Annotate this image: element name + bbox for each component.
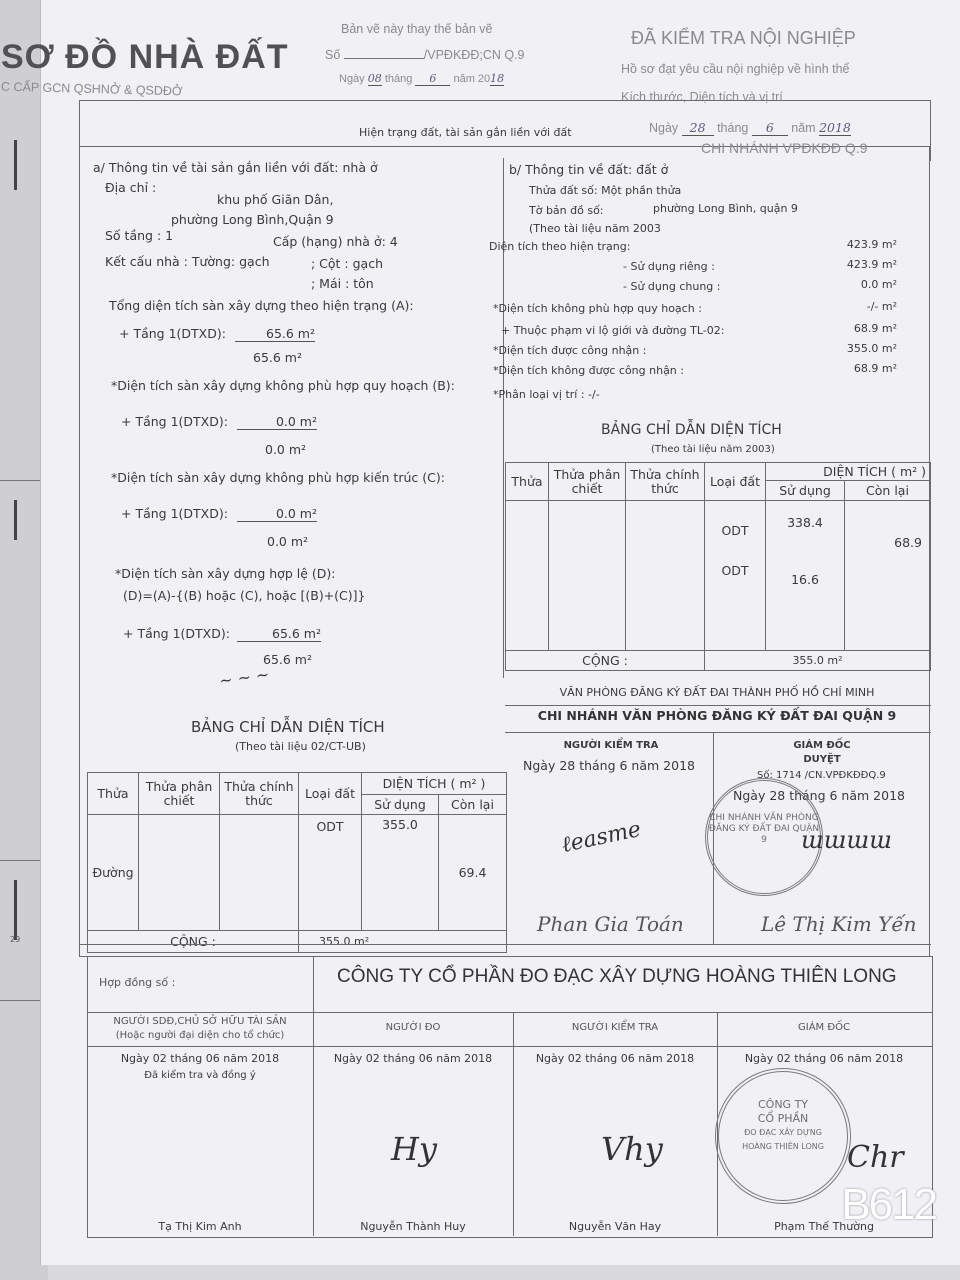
checker-signature: Vhy (601, 1130, 663, 1168)
right-total-value: 355.0 m² (705, 651, 931, 671)
director-name: Lê Thị Kim Yến (761, 912, 917, 936)
page-number: 29 (10, 935, 20, 944)
area-row-label: Diện tích theo hiện trạng: (489, 240, 630, 253)
inspection-stamp-title: ĐÃ KIỂM TRA NỘI NGHIỆP (631, 28, 856, 49)
area-row-value: 0.0 m² (801, 278, 897, 291)
map-marker (14, 880, 17, 940)
left-area-table: Thửa Thửa phân chiết Thửa chính thức Loạ… (87, 772, 507, 953)
total-c-sum: 0.0 m² (267, 534, 308, 549)
area-row-label: *Diện tích được công nhận : (493, 344, 646, 357)
company-stamp: CÔNG TY CỔ PHẦN ĐO ĐẠC XÂY DỰNG HOÀNG TH… (715, 1068, 851, 1204)
area-row-value: 423.9 m² (801, 258, 897, 271)
signer-name: Tạ Thị Kim Anh (87, 1220, 313, 1233)
branch-name: CHI NHÁNH VĂN PHÒNG ĐĂNG KÝ ĐẤT ĐAI QUẬN… (507, 708, 927, 723)
signer-note: Đã kiểm tra và đồng ý (87, 1070, 313, 1081)
inspection-stamp-line1: Hồ sơ đạt yêu cầu nội nghiệp về hình thể (621, 62, 850, 76)
branch-stamp: CHI NHÁNH VPĐKĐĐ Q.9 (701, 140, 867, 156)
area-row-value: -/- m² (801, 300, 897, 313)
table-row: Đường ODT 355.0 69.4 (88, 815, 507, 931)
map-marker (14, 140, 17, 190)
left-total-label: CỘNG : (88, 931, 299, 953)
replacement-date: Ngày 08 tháng 6 năm 2018 (339, 72, 504, 85)
document-title: SƠ ĐỒ NHÀ ĐẤT (1, 38, 289, 77)
office-name: VĂN PHÒNG ĐĂNG KÝ ĐẤT ĐAI THÀNH PHỐ HỒ C… (507, 686, 927, 699)
handwritten-note: ~ ~ ~ (218, 665, 271, 691)
company-director-signature: Chr (847, 1140, 904, 1175)
address-line2: phường Long Bình,Quận 9 (171, 212, 334, 227)
contract-label: Hợp đồng số : (99, 976, 175, 989)
director-title: GIÁM ĐỐC (717, 740, 927, 751)
area-row-label: + Thuộc phạm vi lộ giới và đường TL-02: (501, 324, 724, 337)
so-suffix: /VPĐKĐĐ;CN Q.9 (424, 48, 525, 62)
status-date: Ngày 28 tháng 6 năm 2018 (649, 120, 851, 135)
signer-role: GIÁM ĐỐC (717, 1022, 931, 1033)
watermark: B612 (841, 1180, 936, 1230)
area-row-label: - Sử dụng chung : (623, 280, 720, 293)
signer-date: Ngày 02 tháng 06 năm 2018 (313, 1052, 513, 1065)
map-marker (14, 500, 17, 540)
right-table-title: BẢNG CHỈ DẪN DIỆN TÍCH (601, 422, 782, 438)
total-c-value: 0.0 m² (237, 506, 317, 522)
right-table-source: (Theo tài liệu năm 2003) (651, 444, 775, 455)
signer-name: Nguyễn Thành Huy (313, 1220, 513, 1233)
inspector-title: NGƯỜI KIỂM TRA (511, 740, 711, 751)
structure-column: ; Cột : gạch (311, 256, 383, 271)
left-total-value: 355.0 m² (299, 931, 507, 953)
area-row-label: *Diện tích không được công nhận : (493, 364, 684, 377)
total-b-value: 0.0 m² (237, 414, 317, 430)
section-a-heading: a/ Thông tin về tài sản gắn liền với đất… (93, 160, 378, 175)
total-a-sum: 65.6 m² (253, 350, 302, 365)
total-a-value: 65.6 m² (235, 326, 315, 342)
right-total-label: CỘNG : (506, 651, 705, 671)
director-approved: DUYỆT (717, 754, 927, 765)
total-d-sum: 65.6 m² (263, 652, 312, 667)
area-row-value: 68.9 m² (801, 322, 897, 335)
map-sheet: phường Long Bình, quận 9 (653, 202, 798, 215)
area-row-value: 423.9 m² (801, 238, 897, 251)
d-formula: (D)=(A)-{(B) hoặc (C), hoặc [(B)+(C)]} (123, 588, 366, 603)
director-signature: ɯɯɯɯ (801, 826, 892, 854)
area-row-label: - Sử dụng riêng : (623, 260, 715, 273)
company-name: CÔNG TY CỔ PHẦN ĐO ĐẠC XÂY DỰNG HOÀNG TH… (337, 966, 897, 988)
area-row-label: *Diện tích không phù hợp quy hoạch : (493, 302, 702, 315)
parcel-number: Thửa đất số: Một phần thửa (529, 184, 681, 197)
signer-role: NGƯỜI SDĐ,CHỦ SỞ HỮU TÀI SẢN (87, 1016, 313, 1027)
area-row-value: 68.9 m² (801, 362, 897, 375)
total-d-value: 65.6 m² (237, 626, 321, 642)
table-row: ODT ODT 338.4 16.6 68.9 (506, 501, 931, 651)
signer-date: Ngày 02 tháng 06 năm 2018 (717, 1052, 931, 1065)
right-area-table: Thửa Thửa phân chiết Thửa chính thức Loạ… (505, 462, 931, 671)
signer-date: Ngày 02 tháng 06 năm 2018 (513, 1052, 717, 1065)
area-row-value: 355.0 m² (801, 342, 897, 355)
so-label: Số (325, 48, 340, 62)
area-row-label: *Phân loại vị trí : -/- (493, 388, 600, 401)
structure-wall: Kết cấu nhà : Tường: gạch (105, 254, 270, 269)
signer-role-note: (Hoặc người đại diện cho tổ chức) (87, 1030, 313, 1041)
document-page: SƠ ĐỒ NHÀ ĐẤT C CẤP GCN QSHNỞ & QSDĐỞ Bả… (40, 0, 960, 1265)
house-grade: Cấp (hạng) nhà ở: 4 (273, 234, 398, 249)
replacement-note: Bản vẽ này thay thế bản vẽ (341, 22, 493, 36)
inspector-name: Phan Gia Toán (537, 912, 684, 936)
surveyor-signature: Hy (391, 1130, 437, 1168)
floors: Số tầng : 1 (105, 228, 173, 243)
address-line1: khu phố Giãn Dân, (217, 192, 333, 207)
left-table-title: BẢNG CHỈ DẪN DIỆN TÍCH (191, 718, 385, 736)
total-b-sum: 0.0 m² (265, 442, 306, 457)
signer-date: Ngày 02 tháng 06 năm 2018 (87, 1052, 313, 1065)
signer-name: Nguyễn Văn Hay (513, 1220, 717, 1233)
signer-role: NGƯỜI ĐO (313, 1022, 513, 1033)
left-table-source: (Theo tài liệu 02/CT-UB) (235, 740, 366, 753)
section-b-source: (Theo tài liệu năm 2003 (529, 222, 661, 235)
status-label: Hiện trạng đất, tài sản gắn liền với đất (359, 126, 572, 139)
structure-roof: ; Mái : tôn (311, 276, 374, 291)
signer-role: NGƯỜI KIỂM TRA (513, 1022, 717, 1033)
inspector-date: Ngày 28 tháng 6 năm 2018 (523, 758, 695, 773)
section-b-heading: b/ Thông tin về đất: đất ở (509, 162, 668, 177)
inspector-signature: ℓeasme (559, 816, 643, 858)
